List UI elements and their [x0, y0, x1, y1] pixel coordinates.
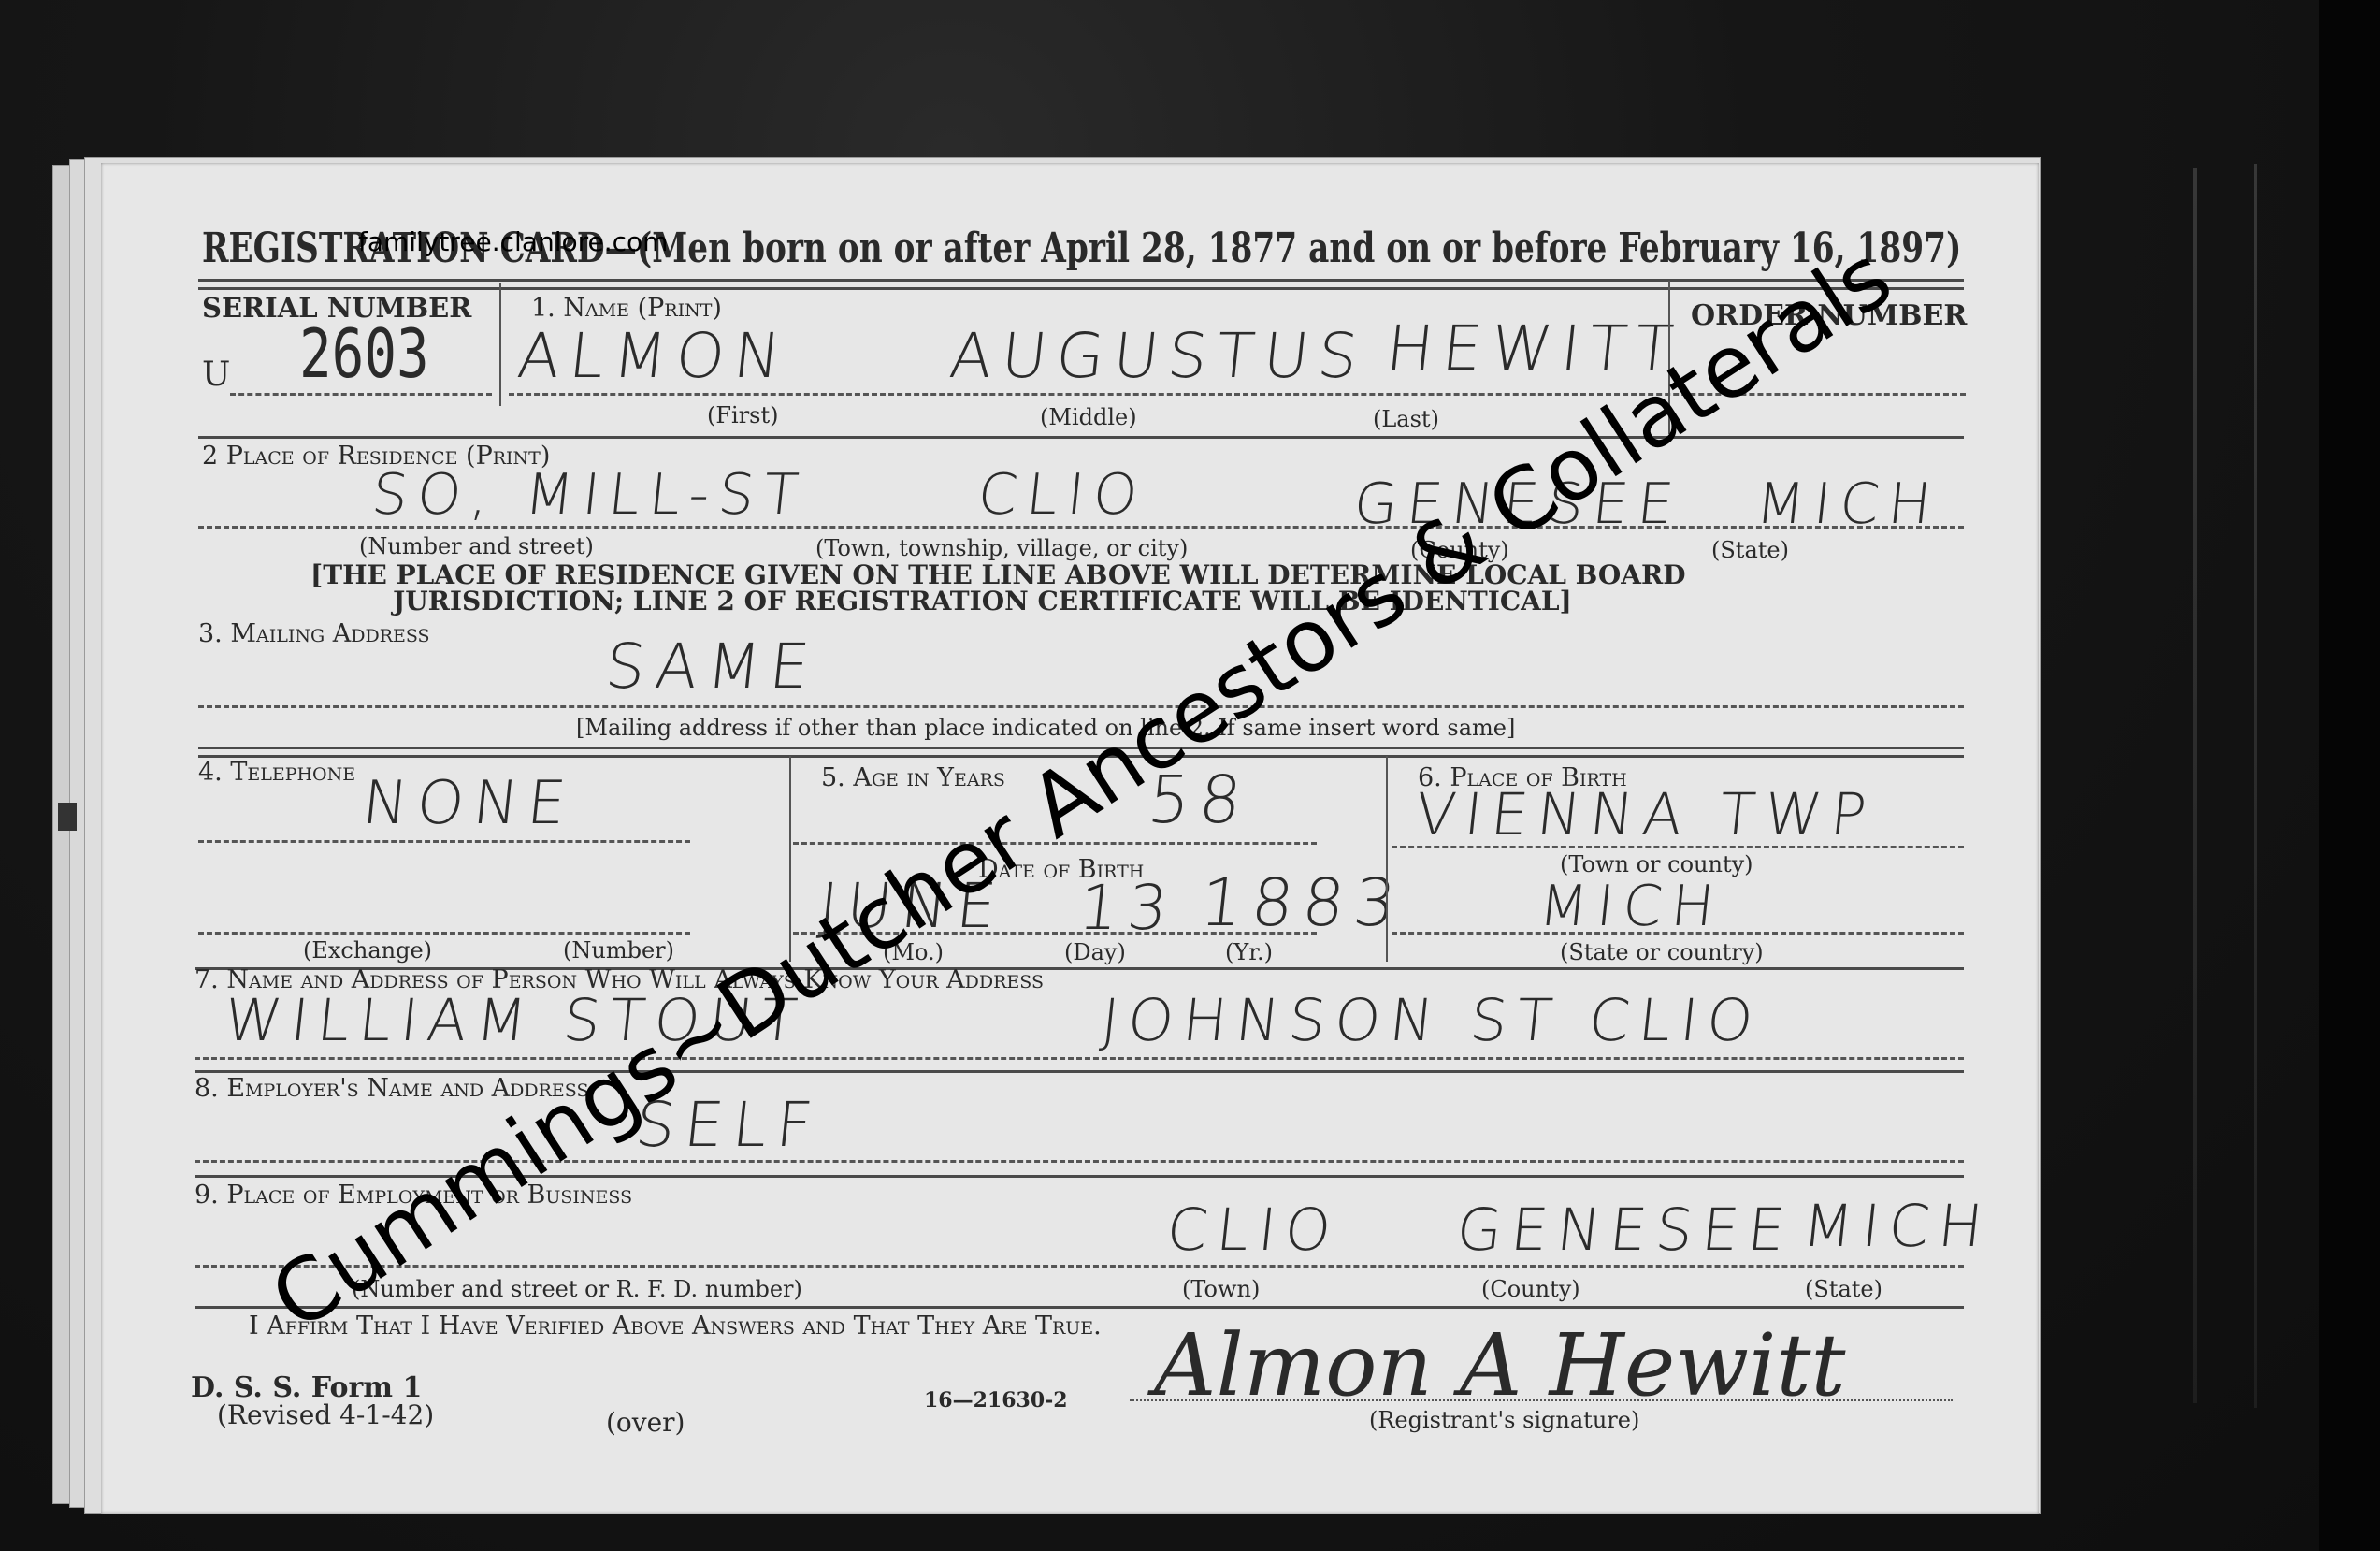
- telephone-label: 4. Telephone: [198, 758, 355, 787]
- birthplace-town-value: VIENNA TWP: [1412, 780, 1879, 848]
- row-divider: [195, 1306, 1964, 1309]
- last-caption: (Last): [1373, 406, 1439, 432]
- title-divider: [198, 279, 1964, 290]
- mailing-caption: [Mailing address if other than place ind…: [576, 715, 1515, 741]
- birthplace-state-caption: (State or country): [1560, 939, 1764, 965]
- employment-county-caption: (County): [1481, 1276, 1580, 1302]
- exchange-caption: (Exchange): [303, 937, 432, 964]
- first-caption: (First): [707, 402, 779, 428]
- scan-streak: [2193, 168, 2197, 1403]
- residence-underline: [198, 526, 1964, 529]
- serial-prefix: U: [202, 355, 230, 394]
- mailing-underline: [198, 705, 1964, 708]
- signature-line: [1130, 1399, 1953, 1401]
- telephone-underline2: [198, 932, 690, 935]
- residence-street-value: SO, MILL-ST: [368, 462, 810, 528]
- birthplace-state-underline: [1392, 932, 1964, 935]
- site-watermark: familytree.clanlore.com: [358, 226, 668, 257]
- card-title-subtitle: —(Men born on or after April 28, 1877 an…: [605, 225, 1962, 272]
- number-caption: (Number): [563, 937, 674, 964]
- affirmation-text: I Affirm That I Have Verified Above Answ…: [249, 1312, 1102, 1341]
- column-divider: [1386, 756, 1388, 962]
- town-caption: (Town, township, village, or city): [815, 535, 1188, 561]
- first-name-value: ALMON: [514, 320, 793, 392]
- signature-caption: (Registrant's signature): [1369, 1407, 1639, 1433]
- dob-year-value: 1883: [1197, 864, 1409, 941]
- mailing-label: 3. Mailing Address: [198, 619, 430, 648]
- contact-underline: [195, 1057, 1964, 1060]
- telephone-value: NONE: [359, 769, 578, 838]
- employment-state-caption: (State): [1805, 1276, 1882, 1302]
- street-caption: (Number and street): [359, 533, 594, 559]
- serial-underline: [230, 393, 492, 396]
- state-caption: (State): [1711, 537, 1789, 563]
- employment-town-caption: (Town): [1182, 1276, 1260, 1302]
- serial-divider: [499, 283, 501, 406]
- birthplace-underline: [1392, 846, 1964, 848]
- scan-streak: [2254, 164, 2257, 1408]
- row-divider: [195, 1070, 1964, 1073]
- employment-state-value: MICH: [1799, 1192, 1995, 1260]
- over-note: (over): [606, 1407, 685, 1438]
- employment-underline: [195, 1265, 1964, 1268]
- employment-county-value: GENESEE: [1453, 1196, 1797, 1264]
- name-label: 1. Name (Print): [531, 294, 722, 323]
- middle-caption: (Middle): [1040, 404, 1137, 430]
- employment-town-value: CLIO: [1163, 1196, 1344, 1264]
- mailing-value: SAME: [602, 631, 822, 703]
- year-caption: (Yr.): [1225, 939, 1273, 965]
- residence-town-value: CLIO: [974, 462, 1150, 528]
- age-label: 5. Age in Years: [821, 763, 1005, 792]
- serial-number-value: 2603: [299, 314, 429, 393]
- form-revised: (Revised 4-1-42): [217, 1399, 434, 1430]
- employment-street-caption: (Number and street or R. F. D. number): [352, 1276, 802, 1302]
- telephone-underline: [198, 840, 690, 843]
- contact-address-value: JOHNSON ST CLIO: [1098, 986, 1766, 1054]
- birthplace-state-value: MICH: [1536, 874, 1726, 939]
- scan-edge-dark: [2319, 0, 2380, 1551]
- day-caption: (Day): [1064, 939, 1126, 965]
- card-tab-mark: [58, 803, 77, 831]
- middle-name-value: AUGUSTUS: [946, 320, 1370, 392]
- form-code: 16—21630-2: [924, 1388, 1068, 1413]
